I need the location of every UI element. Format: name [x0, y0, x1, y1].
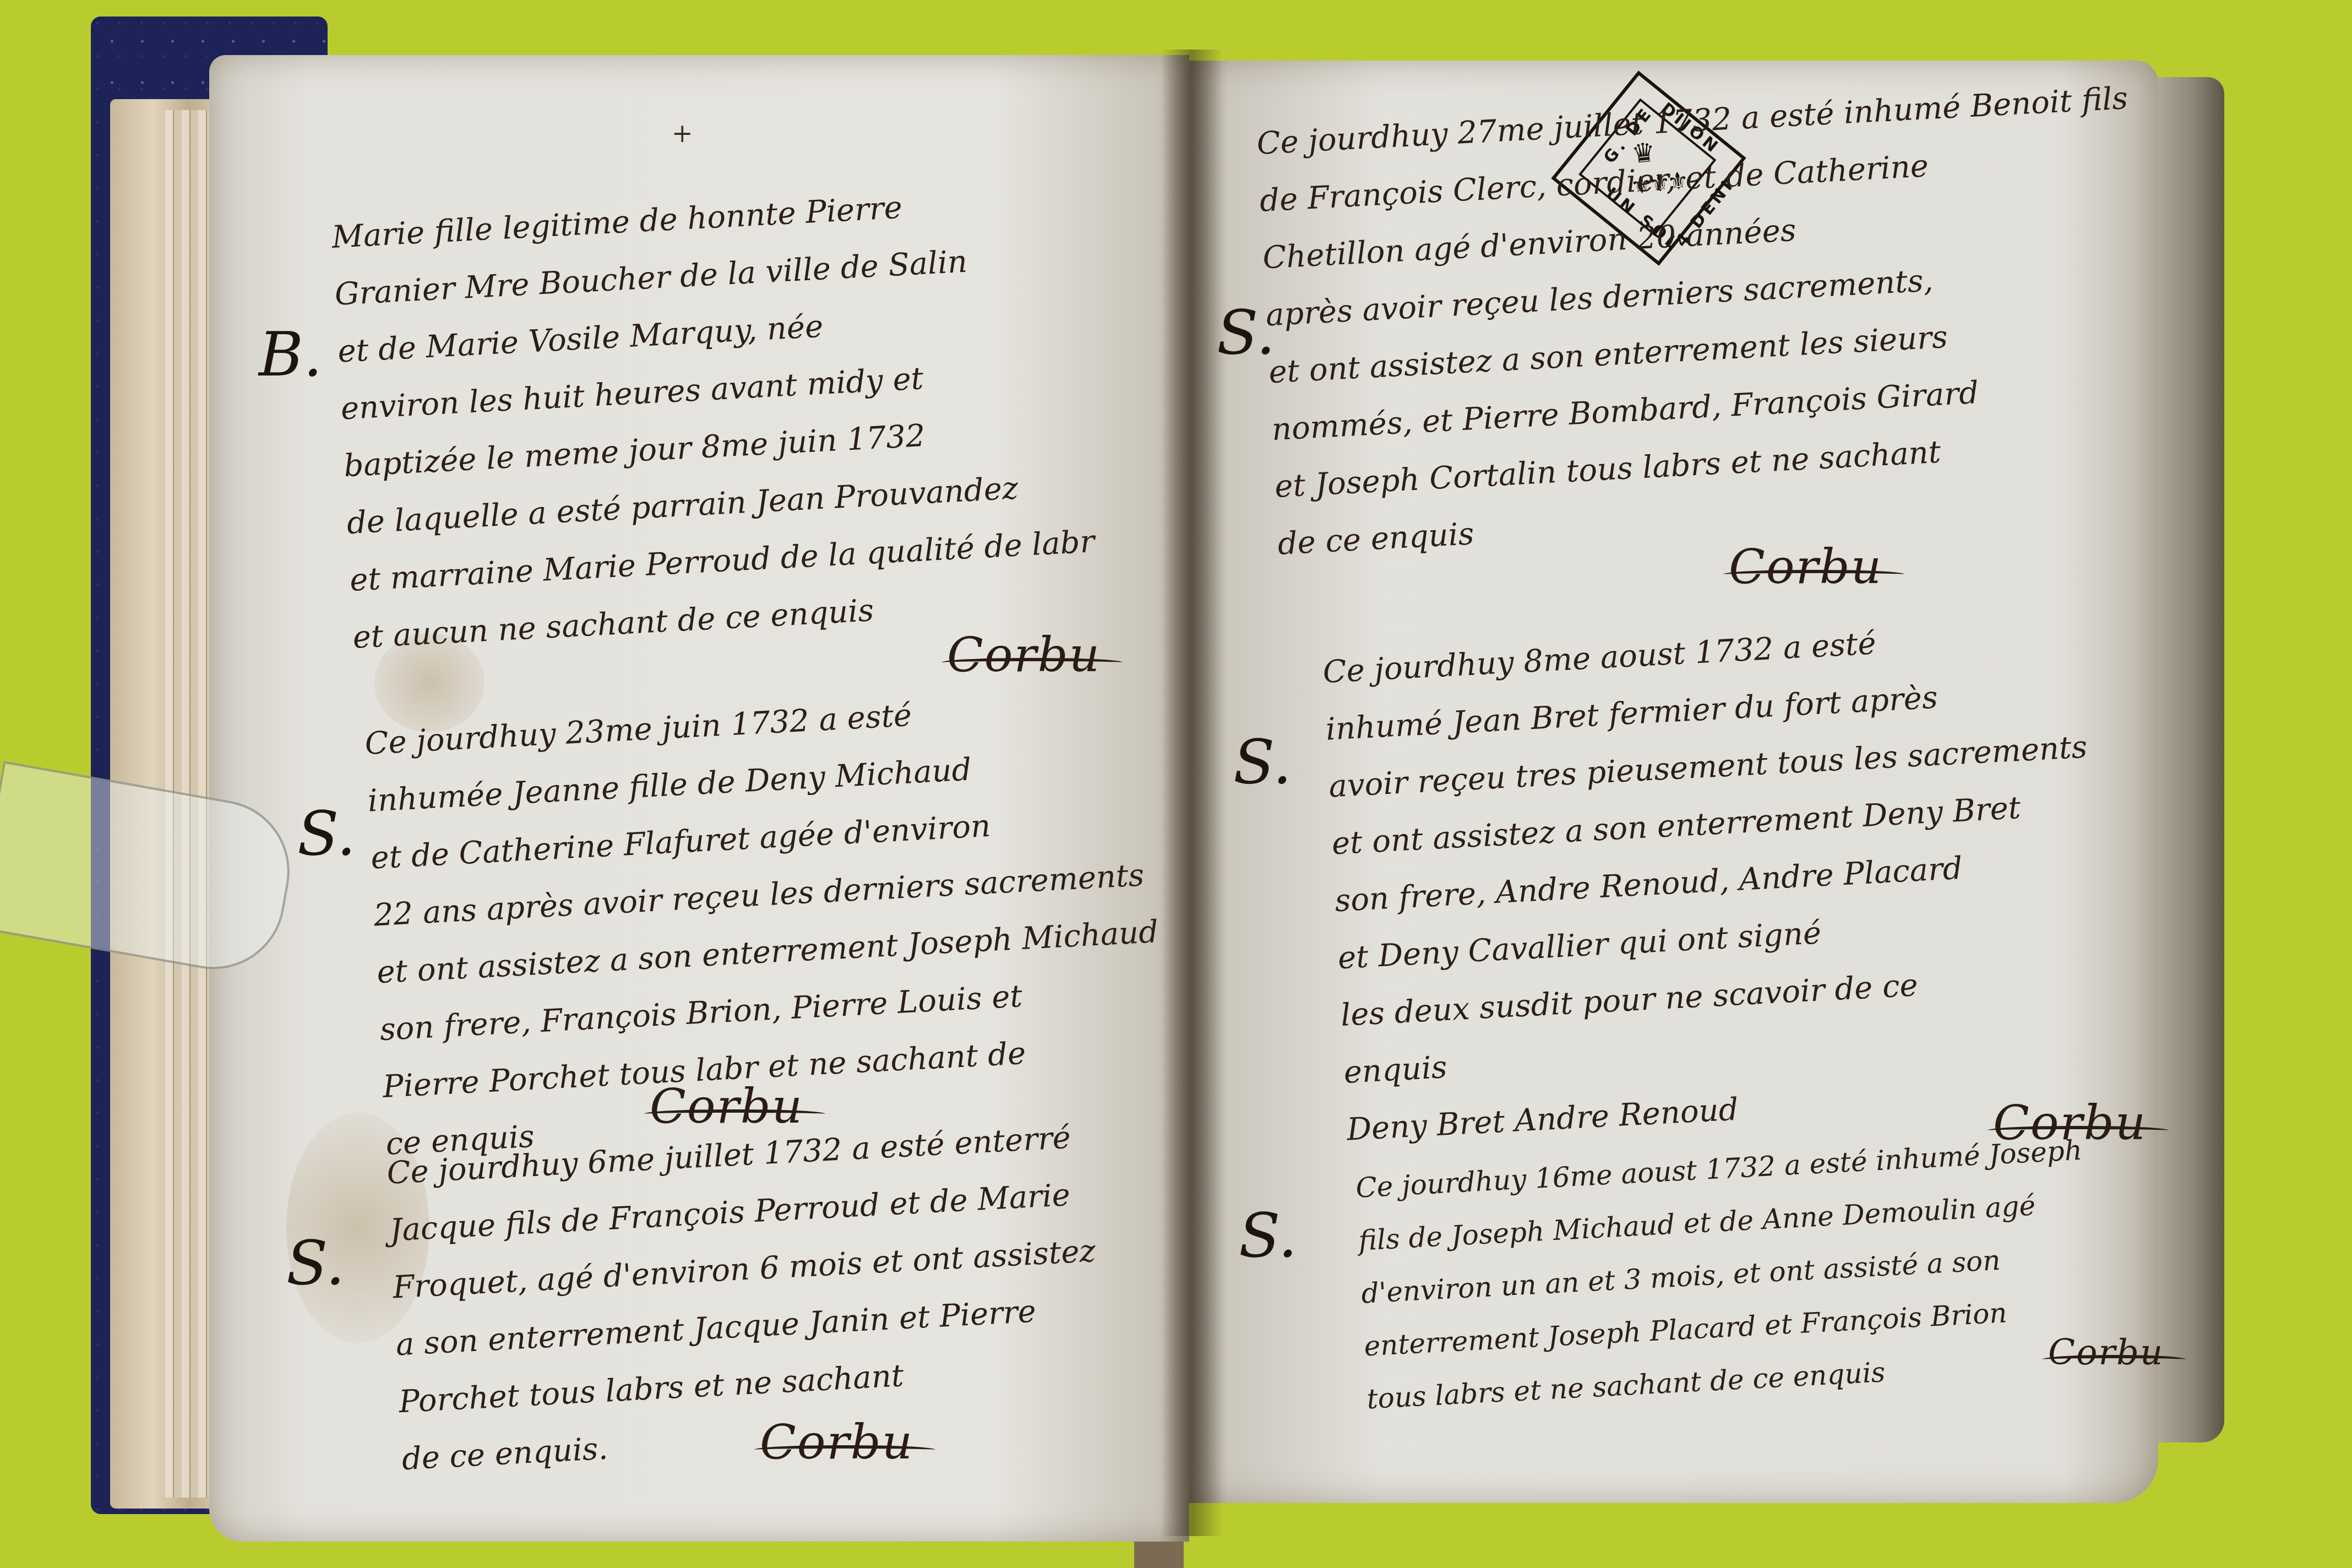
right-page-edges	[2147, 77, 2224, 1442]
register-entry: Ce jourdhuy 8me aoust 1732 a esté inhumé…	[1321, 605, 2106, 1159]
cross-mark: +	[672, 118, 693, 148]
register-entry: Marie fille legitime de honnte Pierre Gr…	[330, 170, 1099, 667]
register-entry: Ce jourdhuy 6me juillet 1732 a esté ente…	[385, 1108, 1106, 1488]
priest-signature: Corbu	[947, 628, 1101, 683]
margin-mark-burial: S.	[297, 798, 356, 869]
book-gutter	[1162, 50, 1222, 1536]
register-entry: Ce jourdhuy 27me juillet 1732 a esté inh…	[1255, 70, 2150, 573]
priest-signature: Corbu	[1729, 540, 1882, 595]
priest-signature: Corbu	[2048, 1332, 2164, 1373]
margin-mark-burial: S.	[286, 1228, 345, 1298]
register-entry: Ce jourdhuy 16me aoust 1732 a esté inhum…	[1354, 1124, 2094, 1425]
margin-mark-burial: S.	[1233, 727, 1292, 797]
margin-mark-burial: S.	[1239, 1200, 1297, 1271]
margin-mark-baptism: B.	[259, 319, 323, 390]
priest-signature: Corbu	[760, 1415, 913, 1470]
